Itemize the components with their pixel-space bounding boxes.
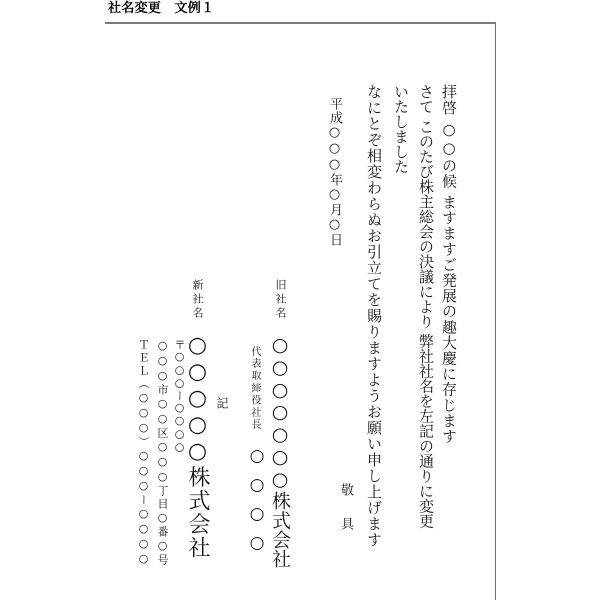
representative-name: ○○○○ [248, 446, 265, 562]
new-company-address: ○○○市○○区○○○丁目○番○号 [157, 339, 168, 567]
old-company-name: ○○○○○○○株式会社 [270, 334, 289, 568]
letter-date: 平成○○○年○月○日 [328, 97, 341, 247]
new-company-postal-code: 〒○○○ー○○○○ [174, 339, 185, 454]
letter-line-announcement: さて このたび株主総会の決議により 弊社社名を左記の通りに変更 [418, 84, 433, 529]
letter-closing: 敬具 [339, 483, 352, 551]
notice-heading: 記 [216, 397, 228, 409]
new-company-name: ○○○○○株式会社 [186, 333, 208, 560]
letter-line-request: なにとぞ相変わらぬお引立てを賜りますようお願い申し上げます [366, 84, 381, 548]
new-company-label: 新社名 [192, 279, 203, 321]
letter-line-continuation: いたしました [393, 84, 408, 174]
representative-title: 代表取締役社長 [249, 346, 259, 431]
letter-line-greeting: 拝啓 ○○の候 ますますご発展の趣大慶に存じます [441, 84, 456, 444]
new-company-tel: ＴＥＬ（○○○）○○○ー○○○○ [138, 339, 149, 567]
old-company-label: 旧社名 [275, 279, 286, 321]
page-title: 社名変更 文例１ [108, 1, 214, 17]
